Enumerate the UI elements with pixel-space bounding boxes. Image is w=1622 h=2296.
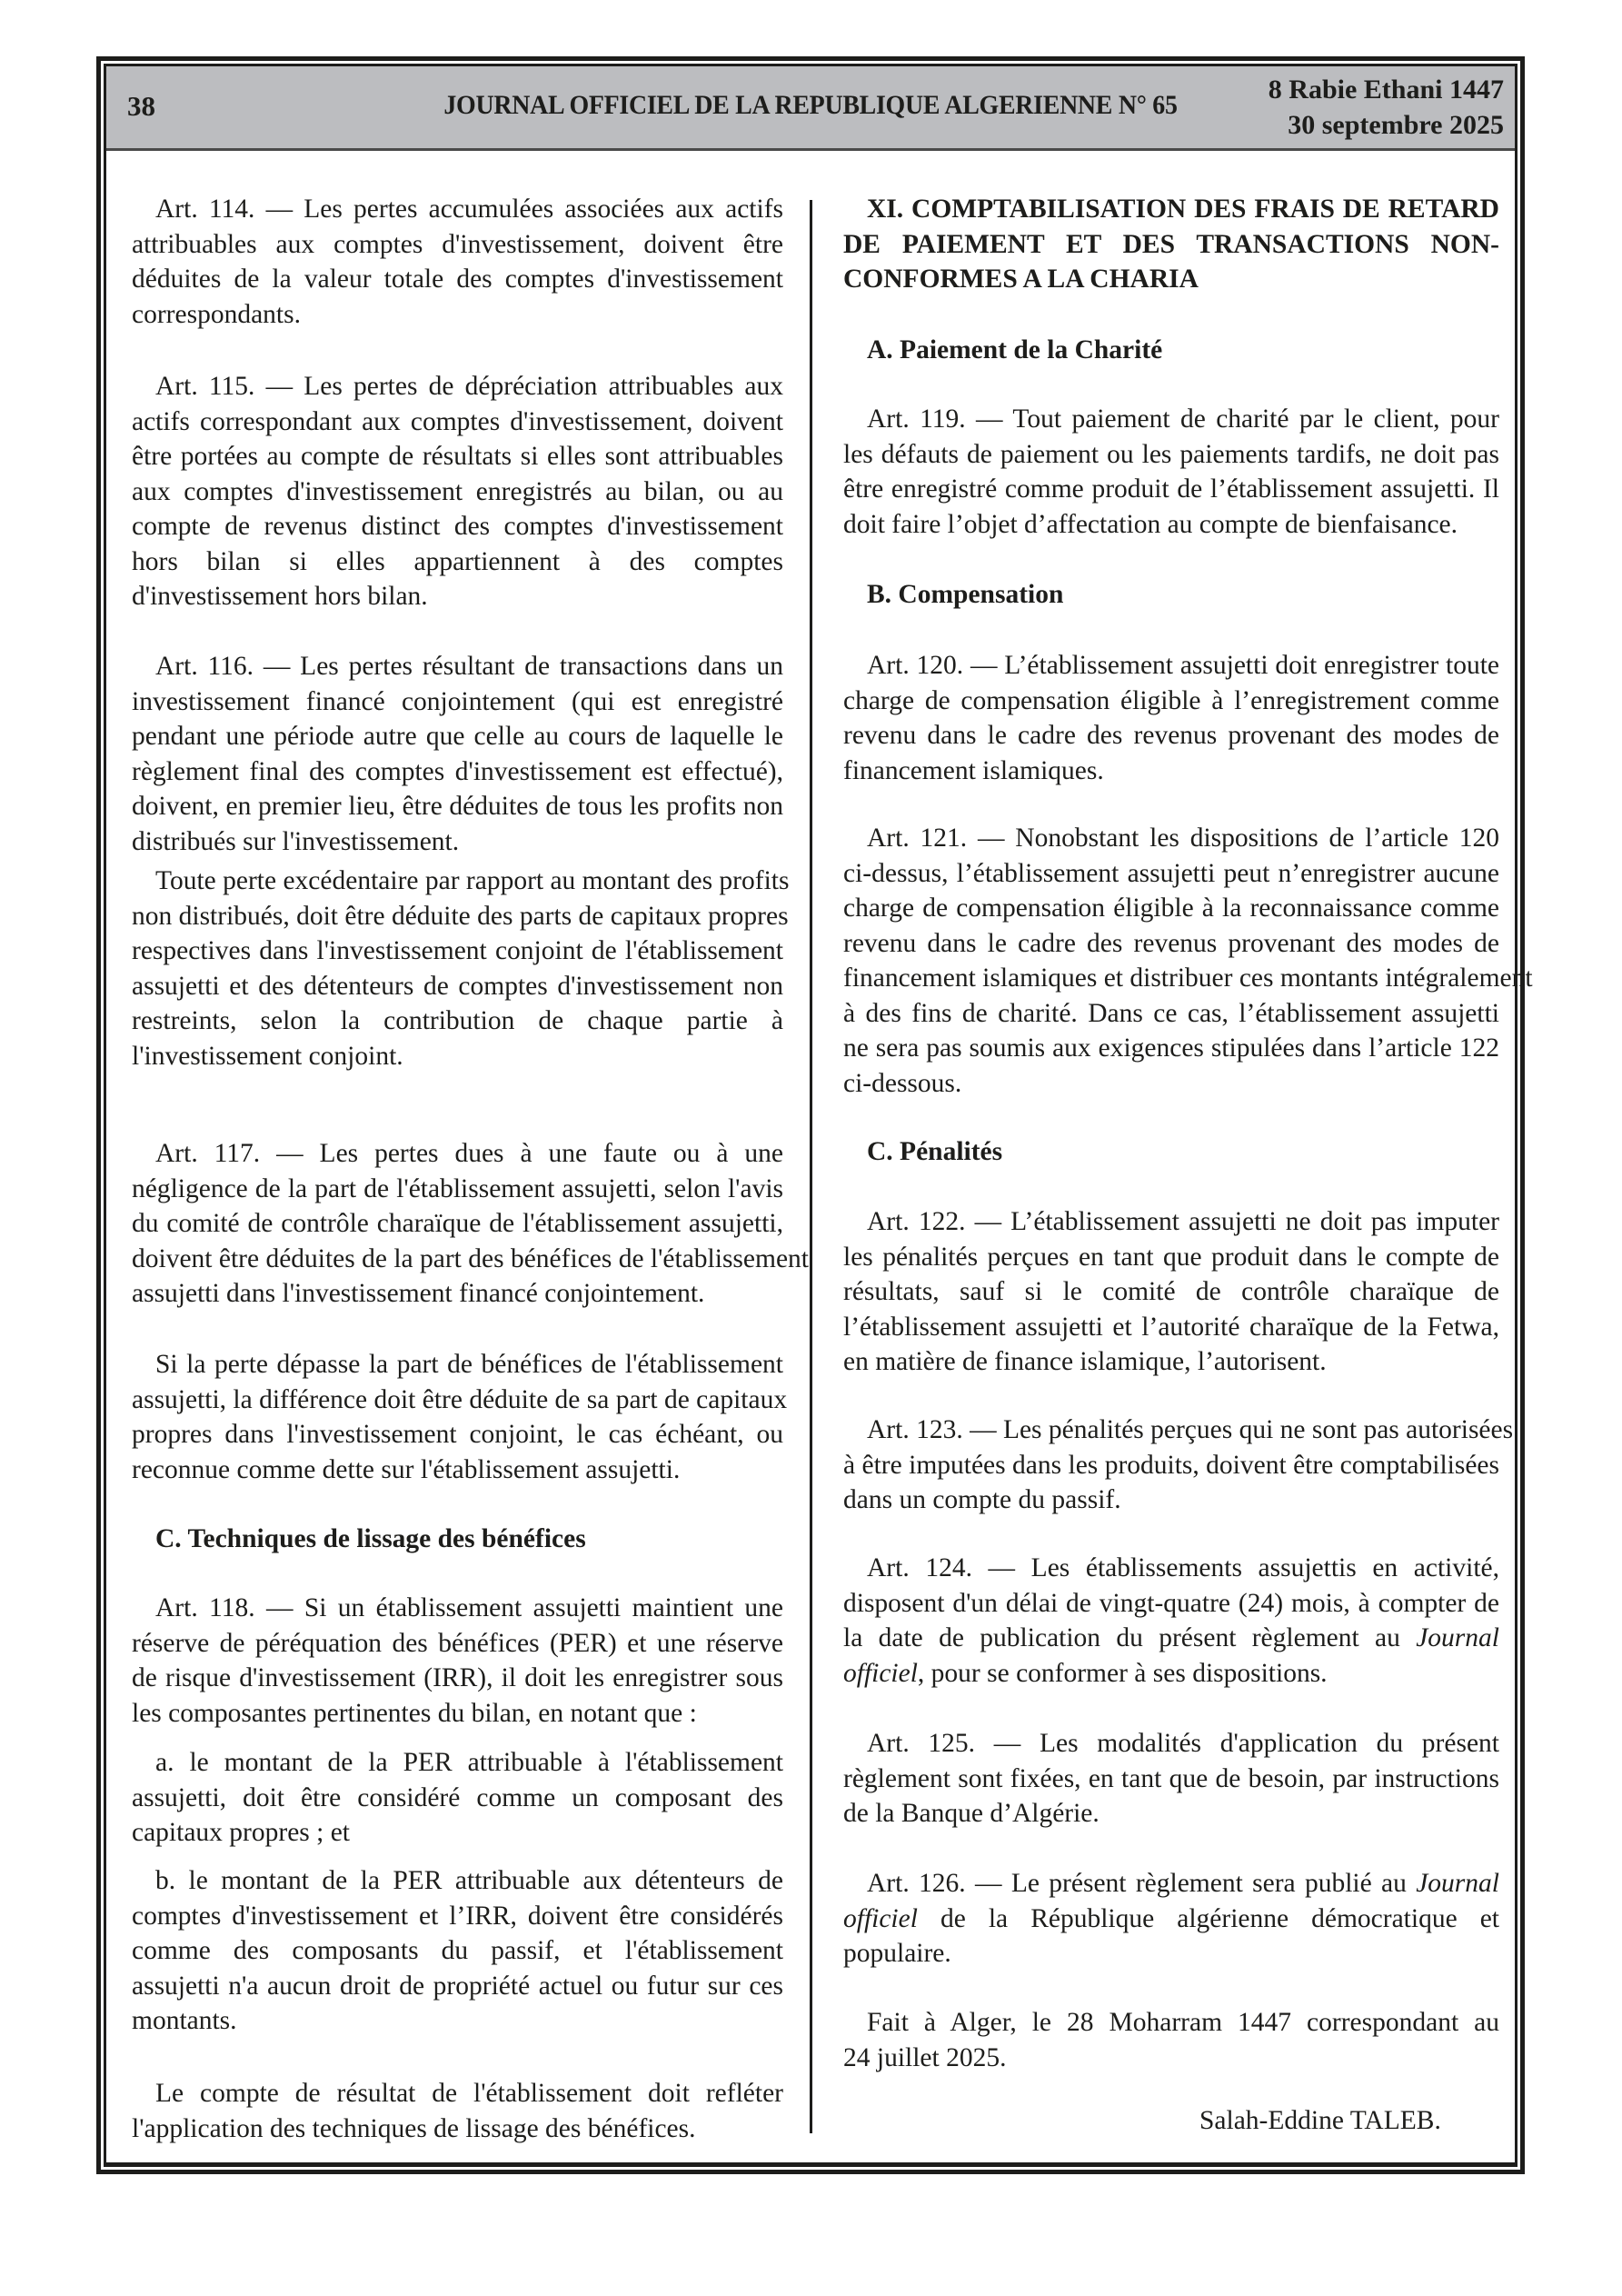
text-line: XI. COMPTABILISATION DES FRAIS DE RETARD	[843, 192, 1499, 227]
text-line: propres dans l'investissement conjoint, …	[132, 1417, 783, 1452]
text-line: l’établissement assujetti et l’autorité …	[843, 1310, 1499, 1345]
article-119: Art. 119. — Tout paiement de charité par…	[843, 402, 1499, 542]
text-line: à des fins de charité. Dans ce cas, l’ét…	[843, 996, 1499, 1032]
text-line: compte de revenus distinct des comptes d…	[132, 509, 783, 544]
text-line: 24 juillet 2025.	[843, 2041, 1499, 2076]
article-123: Art. 123. — Les pénalités perçues qui ne…	[843, 1413, 1499, 1518]
article-116: Art. 116. — Les pertes résultant de tran…	[132, 649, 783, 859]
article-125: Art. 125. — Les modalités d'application …	[843, 1726, 1499, 1832]
text-line: déduites de la valeur totale des comptes…	[132, 262, 783, 297]
text-line: populaire.	[843, 1936, 1499, 1972]
text-line: montants.	[132, 2003, 783, 2039]
text-line: revenu dans le cadre des revenus provena…	[843, 718, 1499, 754]
article-118-paragraph-2: Le compte de résultat de l'établissement…	[132, 2076, 783, 2146]
section-b-heading: B. Compensation	[843, 577, 1523, 613]
journal-header: 38 JOURNAL OFFICIEL DE LA REPUBLIQUE ALG…	[106, 66, 1515, 151]
text-line: du comité de contrôle charaïque de l'éta…	[132, 1206, 783, 1242]
text-line: comptes d'investissement et l’IRR, doive…	[132, 1899, 783, 1934]
text-line: revenu dans le cadre des revenus provena…	[843, 926, 1499, 962]
text-line: financement islamiques.	[843, 754, 1499, 789]
text-line: officiel de la République algérienne dém…	[843, 1902, 1499, 1937]
text-line: Art. 118. — Si un établissement assujett…	[132, 1591, 783, 1626]
text-line: négligence de la part de l'établissement…	[132, 1172, 783, 1207]
text-line: Art. 119. — Tout paiement de charité par…	[843, 402, 1499, 437]
text-line: assujetti, la différence doit être dédui…	[132, 1383, 783, 1418]
text-line: Si la perte dépasse la part de bénéfices…	[132, 1347, 783, 1383]
section-a-heading: A. Paiement de la Charité	[843, 333, 1523, 368]
article-118-item-a: a. le montant de la PER attribuable à l'…	[132, 1745, 783, 1851]
text-line: doit faire l’objet d’affectation au comp…	[843, 507, 1499, 543]
text-line: doivent être déduites de la part des bén…	[132, 1242, 783, 1277]
article-118: Art. 118. — Si un établissement assujett…	[132, 1591, 783, 1731]
text-line: règlement final des comptes d'investisse…	[132, 754, 783, 790]
article-120: Art. 120. — L’établissement assujetti do…	[843, 648, 1499, 788]
text-line: les défauts de paiement ou les paiements…	[843, 437, 1499, 473]
text-line: Art. 114. — Les pertes accumulées associ…	[132, 192, 783, 227]
text-line: non distribués, doit être déduite des pa…	[132, 899, 783, 934]
text-line: capitaux propres ; et	[132, 1815, 783, 1851]
text-line: dans un compte du passif.	[843, 1482, 1499, 1518]
text-line: reconnue comme dette sur l'établissement…	[132, 1452, 783, 1488]
text-line: comme des composants du passif, et l'éta…	[132, 1933, 783, 1969]
article-122: Art. 122. — L’établissement assujetti ne…	[843, 1204, 1499, 1380]
text-line: Art. 115. — Les pertes de dépréciation a…	[132, 369, 783, 404]
closing-statement: Fait à Alger, le 28 Moharram 1447 corres…	[843, 2005, 1499, 2075]
text-line: a. le montant de la PER attribuable à l'…	[132, 1745, 783, 1781]
article-124: Art. 124. — Les établissements assujetti…	[843, 1551, 1499, 1691]
section-c-penalites-heading: C. Pénalités	[843, 1134, 1523, 1170]
text-line: officiel, pour se conformer à ses dispos…	[843, 1656, 1499, 1692]
text-line: Art. 117. — Les pertes dues à une faute …	[132, 1136, 783, 1172]
text-line: Art. 126. — Le présent règlement sera pu…	[843, 1866, 1499, 1902]
text-line: Art. 122. — L’établissement assujetti ne…	[843, 1204, 1499, 1240]
text-line: l'investissement conjoint.	[132, 1039, 783, 1074]
section-c-heading: C. Techniques de lissage des bénéfices	[132, 1522, 807, 1557]
text-line: assujetti et des détenteurs de comptes d…	[132, 969, 783, 1004]
text-line: les pénalités perçues en tant que produi…	[843, 1240, 1499, 1275]
text-line: Art. 116. — Les pertes résultant de tran…	[132, 649, 783, 684]
text-line: Toute perte excédentaire par rapport au …	[132, 863, 783, 899]
issue-date: 8 Rabie Ethani 1447 30 septembre 2025	[1269, 72, 1504, 143]
text-line: respectives dans l'investissement conjoi…	[132, 933, 783, 969]
text-line: assujetti, doit être considéré comme un …	[132, 1781, 783, 1816]
article-126: Art. 126. — Le présent règlement sera pu…	[843, 1866, 1499, 1972]
text-line: b. le montant de la PER attribuable aux …	[132, 1863, 783, 1899]
text-line: aux comptes d'investissement enregistrés…	[132, 474, 783, 510]
text-line: d'investissement hors bilan.	[132, 579, 783, 614]
text-line: charge de compensation éligible à la rec…	[843, 891, 1499, 926]
article-121: Art. 121. — Nonobstant les dispositions …	[843, 821, 1499, 1101]
text-line: assujetti dans l'investissement financé …	[132, 1276, 783, 1312]
text-line: être portées au compte de résultats si e…	[132, 439, 783, 474]
text-line: en matière de finance islamique, l’autor…	[843, 1344, 1499, 1380]
text-line: règlement sont fixées, en tant que de be…	[843, 1762, 1499, 1797]
date-gregorian: 30 septembre 2025	[1269, 107, 1504, 143]
text-line: DE PAIEMENT ET DES TRANSACTIONS NON-	[843, 227, 1499, 263]
text-line: financement islamiques et distribuer ces…	[843, 961, 1499, 996]
article-117-paragraph-2: Si la perte dépasse la part de bénéfices…	[132, 1347, 783, 1487]
text-line: l'application des techniques de lissage …	[132, 2111, 783, 2147]
article-115: Art. 115. — Les pertes de dépréciation a…	[132, 369, 783, 614]
section-xi-heading: XI. COMPTABILISATION DES FRAIS DE RETARD…	[843, 192, 1499, 297]
text-line: la date de publication du présent règlem…	[843, 1621, 1499, 1656]
article-117: Art. 117. — Les pertes dues à une faute …	[132, 1136, 783, 1312]
date-hijri: 8 Rabie Ethani 1447	[1269, 72, 1504, 107]
text-line: réserve de péréquation des bénéfices (PE…	[132, 1626, 783, 1662]
text-line: Art. 120. — L’établissement assujetti do…	[843, 648, 1499, 684]
text-line: Art. 121. — Nonobstant les dispositions …	[843, 821, 1499, 856]
text-line: charge de compensation éligible à l’enre…	[843, 684, 1499, 719]
text-line: CONFORMES A LA CHARIA	[843, 262, 1499, 297]
text-line: à être imputées dans les produits, doive…	[843, 1448, 1499, 1483]
text-line: Art. 124. — Les établissements assujetti…	[843, 1551, 1499, 1586]
text-line: ci-dessus, l’établissement assujetti peu…	[843, 856, 1499, 892]
text-line: disposent d'un délai de vingt-quatre (24…	[843, 1586, 1499, 1622]
text-line: résultats, sauf si le comité de contrôle…	[843, 1274, 1499, 1310]
text-line: restreints, selon la contribution de cha…	[132, 1003, 783, 1039]
article-118-item-b: b. le montant de la PER attribuable aux …	[132, 1863, 783, 2039]
text-line: hors bilan si elles appartiennent à des …	[132, 544, 783, 580]
text-line: attribuables aux comptes d'investissemen…	[132, 227, 783, 263]
article-114: Art. 114. — Les pertes accumulées associ…	[132, 192, 783, 332]
text-line: Art. 125. — Les modalités d'application …	[843, 1726, 1499, 1762]
text-line: Art. 123. — Les pénalités perçues qui ne…	[843, 1413, 1499, 1448]
column-divider	[810, 200, 812, 2133]
signature: Salah-Eddine TALEB.	[1199, 2103, 1441, 2139]
text-line: Fait à Alger, le 28 Moharram 1447 corres…	[843, 2005, 1499, 2041]
text-line: être enregistré comme produit de l’établ…	[843, 472, 1499, 507]
journal-title-text: JOURNAL OFFICIEL DE LA REPUBLIQUE ALGERI…	[443, 90, 1177, 121]
text-line: les composantes pertinentes du bilan, en…	[132, 1696, 783, 1732]
text-line: Le compte de résultat de l'établissement…	[132, 2076, 783, 2111]
text-line: actifs correspondant aux comptes d'inves…	[132, 404, 783, 440]
text-line: investissement financé conjointement (qu…	[132, 684, 783, 720]
text-line: doivent, en premier lieu, être déduites …	[132, 789, 783, 824]
text-line: de la Banque d’Algérie.	[843, 1796, 1499, 1832]
text-line: ci-dessous.	[843, 1066, 1499, 1102]
text-line: assujetti n'a aucun droit de propriété a…	[132, 1969, 783, 2004]
article-116-paragraph-2: Toute perte excédentaire par rapport au …	[132, 863, 783, 1073]
text-line: correspondants.	[132, 297, 783, 333]
text-line: ne sera pas soumis aux exigences stipulé…	[843, 1031, 1499, 1066]
text-line: pendant une période autre que celle au c…	[132, 719, 783, 754]
text-line: de risque d'investissement (IRR), il doi…	[132, 1661, 783, 1696]
text-line: distribués sur l'investissement.	[132, 824, 783, 860]
